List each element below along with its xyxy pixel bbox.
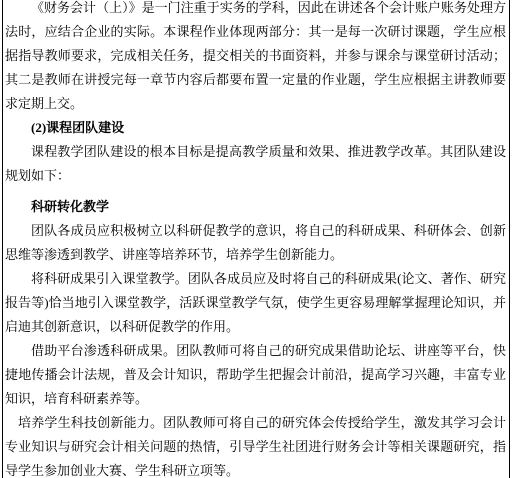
heading-course-team-building: (2)课程团队建设	[5, 116, 506, 140]
paragraph-team-building-goal: 课程教学团队建设的根本目标是提高教学质量和效果、推进教学改革。其团队建设规划如下…	[5, 140, 506, 188]
paragraph-research-into-classroom: 将科研成果引入课堂教学。团队各成员应及时将自己的科研成果(论文、著作、研究报告等…	[5, 267, 506, 339]
paragraph-course-homework: 《财务会计（上）》是一门注重于实务的学科，因此在讲述各个会计账户账务处理方法时，…	[5, 0, 506, 116]
paragraph-research-awareness: 团队各成员应积极树立以科研促教学的意识，将自己的科研成果、科研体会、创新思维等渗…	[5, 219, 506, 267]
document-page: 《财务会计（上）》是一门注重于实务的学科，因此在讲述各个会计账户账务处理方法时，…	[2, 0, 510, 478]
paragraph-platform-dissemination: 借助平台渗透科研成果。团队教师可将自己的研究成果借助论坛、讲座等平台，快捷地传播…	[5, 339, 506, 411]
heading-research-to-teaching: 科研转化教学	[5, 195, 506, 219]
paragraph-student-innovation: 培养学生科技创新能力。团队教师可将自己的研究体会传授给学生，激发其学习会计专业知…	[5, 411, 506, 478]
